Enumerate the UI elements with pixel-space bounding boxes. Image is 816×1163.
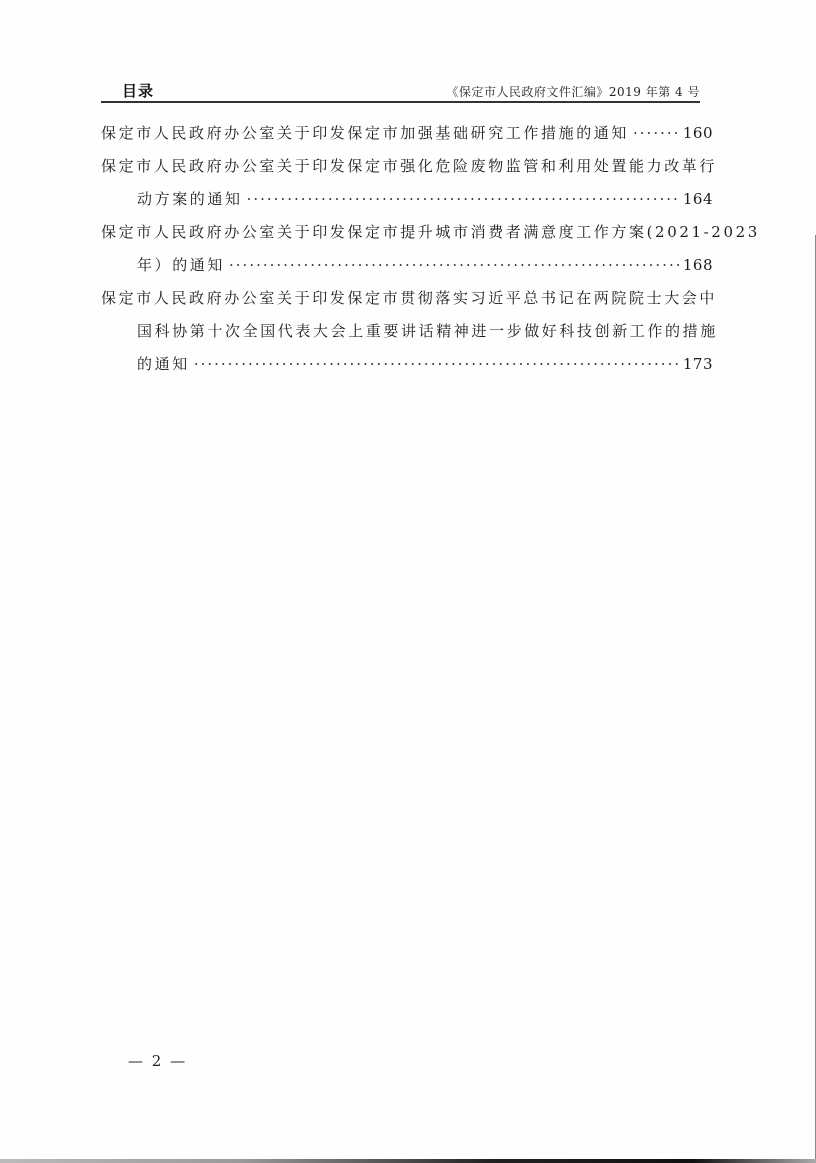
- toc-page-number: 173: [683, 348, 713, 381]
- toc-entry-title: 保定市人民政府办公室关于印发保定市提升城市消费者满意度工作方案(2021-202…: [101, 223, 760, 241]
- toc-entry-title-continued: 年）的通知: [137, 249, 225, 282]
- table-of-contents: 保定市人民政府办公室关于印发保定市加强基础研究工作措施的通知 160 保定市人民…: [101, 117, 713, 381]
- dot-leader: [633, 117, 679, 150]
- toc-entry-title: 保定市人民政府办公室关于印发保定市强化危险废物监管和利用处置能力改革行: [101, 157, 717, 175]
- toc-entry[interactable]: 保定市人民政府办公室关于印发保定市提升城市消费者满意度工作方案(2021-202…: [101, 216, 713, 282]
- toc-entry-title-continued: 的通知: [137, 348, 190, 381]
- toc-page-number: 160: [683, 117, 713, 150]
- page-number-footer: — 2 —: [128, 1052, 187, 1070]
- toc-entry[interactable]: 保定市人民政府办公室关于印发保定市加强基础研究工作措施的通知 160: [101, 117, 713, 150]
- dot-leader: [194, 348, 679, 381]
- dot-leader: [247, 183, 679, 216]
- dot-leader: [229, 249, 679, 282]
- section-title: 目录: [122, 80, 154, 101]
- toc-page-number: 168: [683, 249, 713, 282]
- document-page: 目录 《保定市人民政府文件汇编》2019 年第 4 号 保定市人民政府办公室关于…: [0, 0, 816, 1163]
- scan-edge-bottom: [0, 1159, 816, 1163]
- toc-entry-title-continued: 国科协第十次全国代表大会上重要讲话精神进一步做好科技创新工作的措施: [137, 322, 718, 340]
- toc-entry-title: 保定市人民政府办公室关于印发保定市加强基础研究工作措施的通知: [101, 117, 629, 150]
- toc-entry-title: 保定市人民政府办公室关于印发保定市贯彻落实习近平总书记在两院院士大会中: [101, 289, 717, 307]
- publication-title: 《保定市人民政府文件汇编》2019 年第 4 号: [446, 83, 700, 100]
- toc-page-number: 164: [683, 183, 713, 216]
- header-divider: [101, 101, 700, 103]
- toc-entry[interactable]: 保定市人民政府办公室关于印发保定市贯彻落实习近平总书记在两院院士大会中 国科协第…: [101, 282, 713, 381]
- toc-entry[interactable]: 保定市人民政府办公室关于印发保定市强化危险废物监管和利用处置能力改革行 动方案的…: [101, 150, 713, 216]
- toc-entry-title-continued: 动方案的通知: [137, 183, 243, 216]
- running-header: 目录 《保定市人民政府文件汇编》2019 年第 4 号: [101, 80, 700, 102]
